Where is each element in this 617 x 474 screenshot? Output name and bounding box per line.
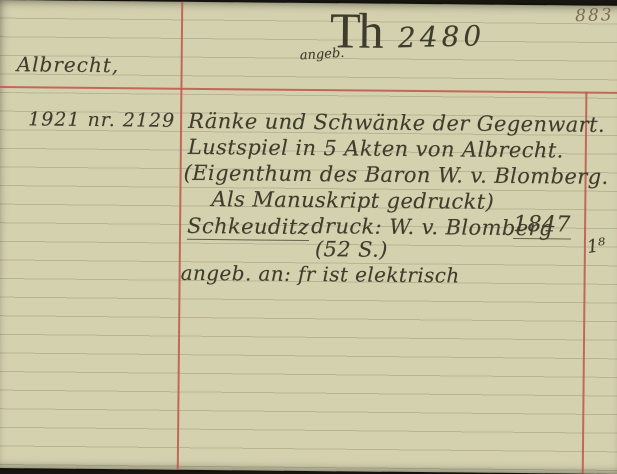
binding-note: angeb. an: fr ist elektrisch: [181, 261, 460, 288]
collation-note: (52 S.): [315, 237, 388, 262]
index-card: 883 angeb. Th 2480 Albrecht, 1921 nr. 21…: [0, 0, 617, 474]
title-line-1: Ränke und Schwänke der Gegenwart.: [188, 109, 605, 137]
accession-number: 1921 nr. 2129: [28, 108, 175, 131]
format-note: 1⁸: [586, 235, 607, 258]
catalog-card-photo: 883 angeb. Th 2480 Albrecht, 1921 nr. 21…: [0, 0, 617, 474]
imprint-place: Schkeuditz: [187, 214, 309, 241]
imprint-year: 1847: [513, 212, 571, 240]
red-rule-vertical-left: [177, 2, 183, 470]
ownership-note-line-2: Als Manuskript gedruckt): [211, 187, 494, 214]
ownership-note-line-1: (Eigenthum des Baron W. v. Blomberg.: [183, 161, 608, 189]
author-heading: Albrecht,: [17, 52, 120, 77]
title-line-2: Lustspiel in 5 Akten von Albrecht.: [188, 135, 564, 163]
shelfmark-number: 2480: [398, 19, 486, 54]
pencil-number: 883: [574, 5, 613, 26]
shelfmark-letter: Th: [330, 5, 382, 55]
red-rule-vertical-right: [582, 92, 588, 474]
red-rule-horizontal: [0, 86, 617, 94]
